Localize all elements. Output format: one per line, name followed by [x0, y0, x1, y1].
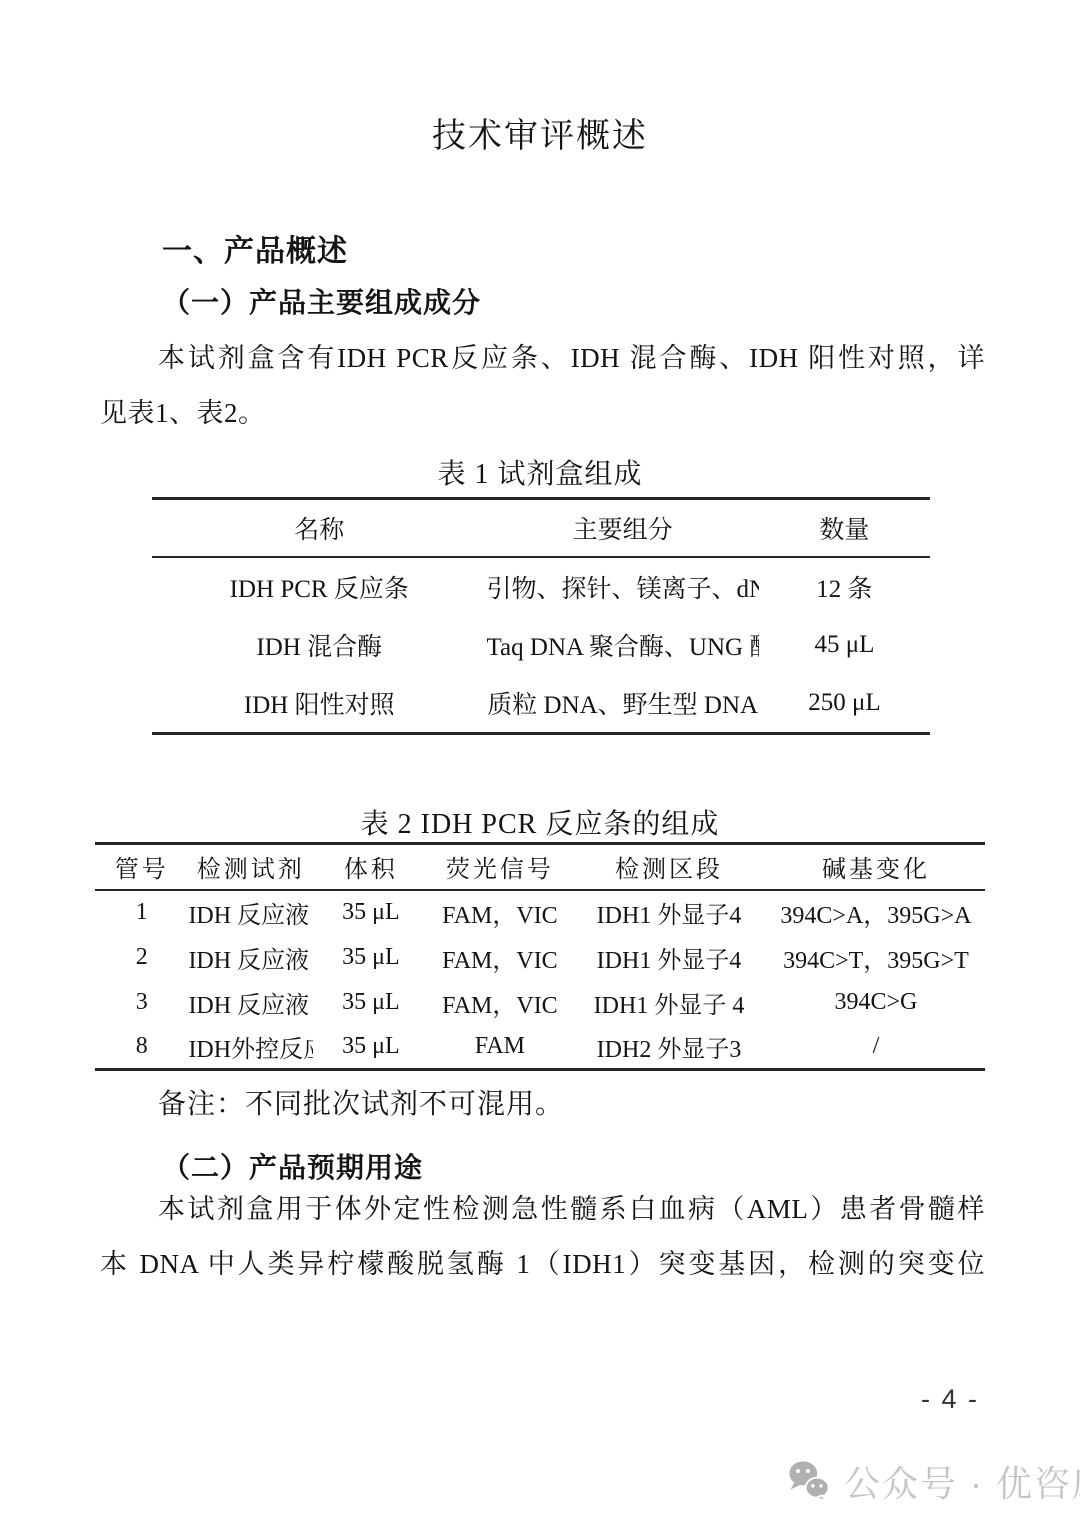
watermark-text: 公众号 · 优咨康 [844, 1456, 1080, 1507]
paragraph-1-line-2: 见表1、表2。 [100, 396, 985, 430]
table-row: 2 IDH 反应液 2 35 μL FAM，VIC IDH1 外显子4 394C… [95, 935, 985, 980]
table-cell: / [767, 1025, 985, 1070]
table-row: IDH 阳性对照 质粒 DNA、野生型 DNA 250 μL [152, 675, 930, 734]
table-cell: 250 μL [759, 675, 930, 734]
table-cell: IDH1 外显子4 [571, 890, 767, 935]
table-cell: FAM，VIC [429, 935, 571, 980]
table-1-title: 表 1 试剂盒组成 [0, 452, 1080, 492]
table-cell: 引物、探针、镁离子、dNTPs [487, 557, 759, 616]
paragraph-1-line-1: 本试剂盒含有IDH PCR反应条、IDH 混合酶、IDH 阳性对照，详 [100, 341, 985, 375]
table-row: 3 IDH 反应液 3 35 μL FAM，VIC IDH1 外显子 4 394… [95, 980, 985, 1025]
table-row: IDH PCR 反应条 引物、探针、镁离子、dNTPs 12 条 [152, 557, 930, 616]
document-page: 技术审评概述 一、产品概述 （一）产品主要组成成分 本试剂盒含有IDH PCR反… [0, 0, 1080, 1527]
table-2-header-tube: 管号 [95, 844, 188, 890]
table-row: 8 IDH外控反应液 35 μL FAM IDH2 外显子3 / [95, 1025, 985, 1070]
table-cell: 394C>T，395G>T [767, 935, 985, 980]
table-cell: 2 [95, 935, 188, 980]
section-heading: 一、产品概述 [162, 226, 348, 270]
table-row: IDH 混合酶 Taq DNA 聚合酶、UNG 酶 45 μL [152, 616, 930, 675]
table-2-header-volume: 体积 [313, 844, 429, 890]
table-2-header-reagent: 检测试剂 [188, 844, 313, 890]
table-cell: 8 [95, 1025, 188, 1070]
table-cell: IDH1 外显子4 [571, 935, 767, 980]
table-cell: IDH2 外显子3 [571, 1025, 767, 1070]
wechat-icon [786, 1459, 832, 1505]
table-cell: IDH PCR 反应条 [152, 557, 487, 616]
table-cell: 3 [95, 980, 188, 1025]
table-cell: 35 μL [313, 1025, 429, 1070]
table-1: 名称 主要组分 数量 IDH PCR 反应条 引物、探针、镁离子、dNTPs 1… [152, 497, 930, 735]
table-cell: IDH 反应液 3 [188, 980, 313, 1025]
table-cell: IDH 阳性对照 [152, 675, 487, 734]
table-cell: 35 μL [313, 935, 429, 980]
table-cell: IDH 混合酶 [152, 616, 487, 675]
table-cell: 12 条 [759, 557, 930, 616]
table-cell: IDH 反应液 1 [188, 890, 313, 935]
table-2-header-row: 管号 检测试剂 体积 荧光信号 检测区段 碱基变化 [95, 844, 985, 890]
table-2-note: 备注：不同批次试剂不可混用。 [158, 1082, 564, 1122]
table-2-header-region: 检测区段 [571, 844, 767, 890]
table-row: 1 IDH 反应液 1 35 μL FAM，VIC IDH1 外显子4 394C… [95, 890, 985, 935]
paragraph-2-line-1: 本试剂盒用于体外定性检测急性髓系白血病（AML）患者骨髓样 [100, 1192, 985, 1226]
table-1-header-quantity: 数量 [759, 499, 930, 557]
table-2-header-signal: 荧光信号 [429, 844, 571, 890]
table-cell: IDH1 外显子 4 [571, 980, 767, 1025]
table-cell: 35 μL [313, 890, 429, 935]
table-cell: 394C>A，395G>A [767, 890, 985, 935]
table-cell: FAM，VIC [429, 980, 571, 1025]
table-cell: 394C>G [767, 980, 985, 1025]
page-number: - 4 - [880, 1384, 1020, 1415]
table-cell: IDH外控反应液 [188, 1025, 313, 1070]
table-cell: Taq DNA 聚合酶、UNG 酶 [487, 616, 759, 675]
table-cell: 1 [95, 890, 188, 935]
watermark: 公众号 · 优咨康 [786, 1456, 1080, 1507]
table-2: 管号 检测试剂 体积 荧光信号 检测区段 碱基变化 1 IDH 反应液 1 35… [95, 842, 985, 1071]
table-1-header-row: 名称 主要组分 数量 [152, 499, 930, 557]
table-cell: FAM [429, 1025, 571, 1070]
document-title: 技术审评概述 [0, 108, 1080, 157]
subsection-1-heading: （一）产品主要组成成分 [162, 281, 481, 321]
table-2-header-change: 碱基变化 [767, 844, 985, 890]
table-2-title: 表 2 IDH PCR 反应条的组成 [0, 802, 1080, 842]
table-cell: IDH 反应液 2 [188, 935, 313, 980]
paragraph-2-line-2: 本 DNA 中人类异柠檬酸脱氢酶 1（IDH1）突变基因，检测的突变位 [100, 1247, 985, 1281]
table-cell: FAM，VIC [429, 890, 571, 935]
table-1-header-name: 名称 [152, 499, 487, 557]
subsection-2-heading: （二）产品预期用途 [162, 1146, 423, 1186]
table-cell: 45 μL [759, 616, 930, 675]
table-cell: 35 μL [313, 980, 429, 1025]
table-1-header-components: 主要组分 [487, 499, 759, 557]
table-cell: 质粒 DNA、野生型 DNA [487, 675, 759, 734]
